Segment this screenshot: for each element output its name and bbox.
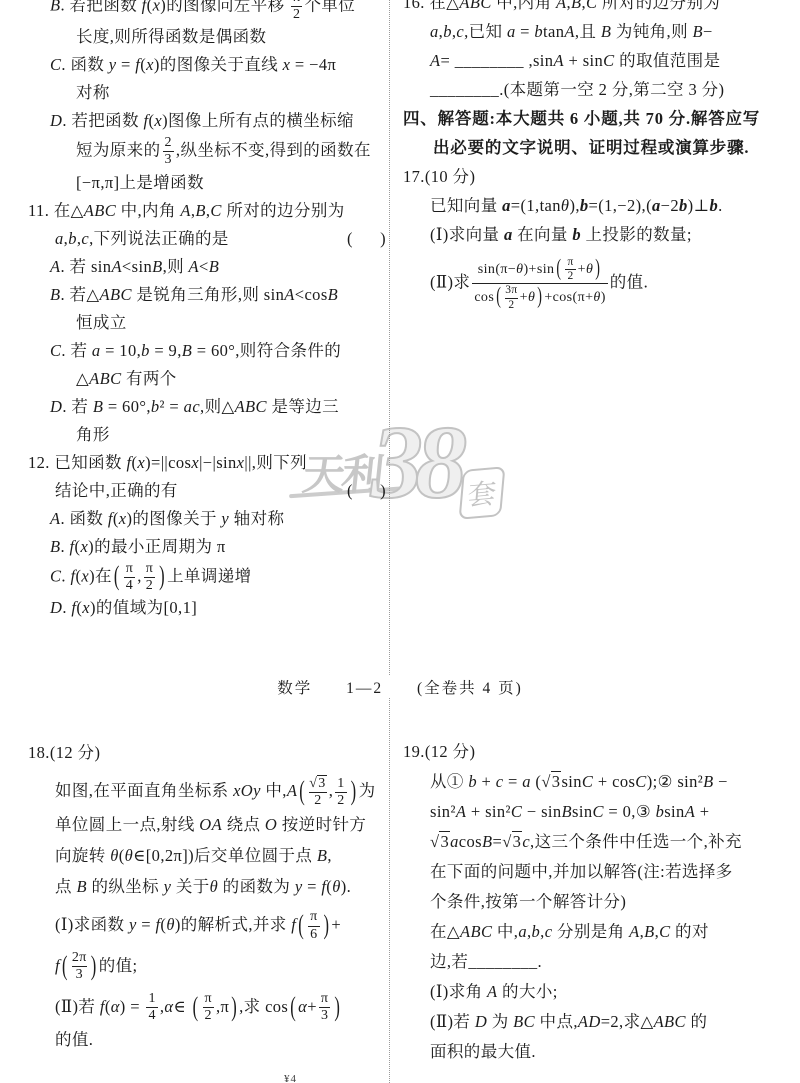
sqrt: √3 (541, 771, 561, 791)
numerator: sin(π−θ)+sin(π2+θ) (472, 256, 607, 283)
math-var: D (50, 598, 62, 617)
math-var: b (532, 922, 541, 941)
math-var: f (291, 915, 296, 934)
math-var: f (100, 997, 105, 1016)
vector-symbol: b (572, 225, 581, 244)
denominator: 2 (291, 6, 302, 23)
text-line: 短为原来的23,纵坐标不变,得到的函数在 (28, 135, 386, 168)
numerator: π (124, 561, 135, 577)
fraction: 23 (163, 135, 174, 168)
numerator: π (144, 561, 155, 577)
math-var: c (496, 772, 504, 791)
math-var: x (154, 111, 162, 130)
big-paren: ( (193, 980, 199, 1031)
math-var: f (155, 915, 160, 934)
column-left-bottom: 18.(12 分)如图,在平面直角坐标系 xOy 中,A(√32,12)为单位圆… (28, 737, 386, 1055)
math-var: θ (210, 877, 219, 896)
big-paren: ( (62, 940, 68, 991)
text-line: 已知向量 a=(1,tanθ),b=(1,−2),(a−2b)⊥b. (403, 191, 786, 220)
math-var: c (456, 22, 464, 41)
fraction: π3 (319, 991, 330, 1024)
fraction: 14 (146, 991, 157, 1024)
math-var: A (556, 0, 566, 12)
math-var: B (245, 397, 255, 416)
text-line: 18.(12 分) (28, 737, 386, 768)
math-var: B (182, 341, 192, 360)
math-var: C (481, 922, 492, 941)
math-var: f (126, 453, 131, 472)
math-var: b (68, 229, 77, 248)
page-footer: 数学 1—2 (全卷共 4 页) (0, 676, 800, 698)
math-var: y (129, 915, 137, 934)
math-var: b (151, 397, 160, 416)
text-line: [−π,π]上是增函数 (28, 169, 386, 197)
text-line: C. 若 a = 10,b = 9,B = 60°,则符合条件的 (28, 337, 386, 365)
text-line: C. 函数 y = f(x)的图像关于直线 x = −4π (28, 51, 386, 79)
big-paren: ( (290, 980, 296, 1031)
numerator: 3π (505, 284, 517, 297)
text-line: D. 若 B = 60°,b² = ac,则△ABC 是等边三 (28, 393, 386, 421)
math-var: B (644, 922, 654, 941)
math-var: C (586, 0, 597, 12)
math-var: a (55, 229, 64, 248)
math-var: θ (166, 915, 175, 934)
sqrt-arg: 3 (551, 771, 562, 791)
math-var: C (511, 802, 522, 821)
math-var: A (284, 285, 294, 304)
text-line: 单位圆上一点,射线 OA 绕点 O 按逆时针方 (28, 809, 386, 840)
denominator: 3 (163, 151, 174, 168)
math-var: B (513, 1012, 523, 1031)
denominator: 2 (144, 577, 155, 594)
denominator: 2 (335, 792, 346, 809)
math-var: b (580, 196, 589, 215)
math-var: a (92, 341, 101, 360)
big-paren: ) (351, 765, 357, 816)
math-var: B (209, 257, 219, 276)
text-line: 在△ABC 中,a,b,c 分别是角 A,B,C 的对 (403, 917, 786, 947)
denominator: 2 (505, 298, 517, 312)
numerator: 1 (146, 991, 157, 1007)
math-var: c (192, 397, 200, 416)
vector-symbol: a (504, 225, 513, 244)
text-line: 边,若________. (403, 947, 786, 977)
text-line: 四、解答题:本大题共 6 小题,共 70 分.解答应写 (403, 104, 786, 133)
sqrt-arg: 3 (439, 831, 450, 851)
math-var: f (108, 509, 113, 528)
math-var: x (80, 537, 88, 556)
text-line: C. f(x)在(π4,π2)上单调递增 (28, 561, 386, 594)
footer-pages-note: (全卷共 4 页) (417, 680, 523, 697)
fraction: π4 (124, 561, 135, 594)
math-var: B (703, 772, 713, 791)
text-line: 的值. (28, 1024, 386, 1055)
fraction: 2π3 (72, 950, 87, 983)
math-var: f (70, 566, 75, 585)
math-var: y (295, 877, 303, 896)
math-var: α (111, 997, 120, 1016)
math-var: C (256, 397, 267, 416)
math-var: b (534, 22, 543, 41)
math-var: x (237, 453, 245, 472)
math-var: D (50, 397, 62, 416)
math-var: θ (528, 290, 535, 305)
numerator: π (319, 991, 330, 1007)
line-text: 结论中,正确的有 (55, 477, 178, 505)
denominator: cos(3π2+θ)+cos(π+θ) (472, 283, 607, 311)
answer-brackets: ( ) (347, 477, 386, 505)
math-var: B (664, 1012, 674, 1031)
text-line: (Ⅱ)若 f(α) = 14,α∈ (π2,π),求 cos(α+π3) (28, 991, 386, 1025)
denominator: 2 (203, 1007, 214, 1024)
watermark-brand-right: 套 (459, 466, 506, 519)
text-line: 恒成立 (28, 309, 386, 337)
fraction: π2 (203, 991, 214, 1024)
text-line: B. 若△ABC 是锐角三角形,则 sinA<cosB (28, 281, 386, 309)
math-var: x (82, 598, 90, 617)
math-var: C (659, 922, 670, 941)
math-var: C (50, 55, 61, 74)
math-var: α (164, 997, 173, 1016)
math-var: A (84, 201, 94, 220)
numerator: π (308, 909, 319, 925)
math-var: a (430, 22, 439, 41)
math-var: B (693, 22, 703, 41)
math-var: x (81, 566, 89, 585)
math-var: b (141, 341, 150, 360)
vector-symbol: a (502, 196, 511, 215)
big-paren: ( (298, 899, 304, 950)
math-var: x (191, 453, 199, 472)
math-var: A (459, 0, 469, 12)
text-line: 结论中,正确的有( ) (28, 477, 386, 505)
math-var: C (50, 341, 61, 360)
text-line: f(2π3)的值; (28, 950, 386, 984)
math-var: θ (586, 262, 593, 277)
text-line: (Ⅱ)若 D 为 BC 中点,AD=2,求△ABC 的 (403, 1007, 786, 1037)
text-line: a,b,c,下列说法正确的是( ) (28, 225, 386, 253)
math-var: x (153, 0, 161, 14)
math-var: c (545, 922, 553, 941)
math-var: θ (516, 262, 523, 277)
big-paren: ( (496, 285, 501, 312)
big-paren: ) (231, 980, 237, 1031)
math-var: B (94, 201, 104, 220)
math-var: B (93, 397, 103, 416)
text-line: B. 若把函数 f(x)的图像向左平移 π2个单位 (28, 0, 386, 23)
math-var: C (603, 51, 614, 70)
text-line: △ABC 有两个 (28, 365, 386, 393)
math-var: B (470, 0, 480, 12)
math-var: b (679, 196, 688, 215)
math-var: A (111, 257, 121, 276)
math-var: c (81, 229, 89, 248)
math-var: A (50, 509, 60, 528)
vector-symbol: a (652, 196, 661, 215)
math-var: B (470, 922, 480, 941)
math-var: B (50, 285, 60, 304)
sqrt: √3 (502, 831, 522, 851)
math-var: C (593, 802, 604, 821)
math-var: O (265, 815, 277, 834)
vector-symbol: b (580, 196, 589, 215)
exam-page: 天利 38 套 B. 若把函数 f(x)的图像向左平移 π2个单位长度,则所得函… (0, 0, 800, 1083)
column-right-bottom: 19.(12 分)从① b + c = a (√3sinC + cosC);② … (403, 737, 786, 1067)
text-line: A. 若 sinA<sinB,则 A<B (28, 253, 386, 281)
text-line: 16. 在△ABC 中,内角 A,B,C 所对的边分别为 (403, 0, 786, 17)
text-line: 点 B 的纵坐标 y 关于θ 的函数为 y = f(θ). (28, 871, 386, 902)
vector-symbol: b (679, 196, 688, 215)
big-paren: ) (159, 553, 165, 599)
math-var: A (553, 51, 563, 70)
fraction: π6 (308, 909, 319, 942)
math-var: x (119, 509, 127, 528)
math-var: f (144, 111, 149, 130)
math-var: f (71, 598, 76, 617)
math-var: x (283, 55, 291, 74)
text-line: (Ⅰ)求函数 y = f(θ)的解析式,并求 f(π6)+ (28, 909, 386, 943)
big-paren: ) (91, 940, 97, 991)
text-line: 在下面的问题中,并加以解答(注:若选择多 (403, 857, 786, 887)
math-var: B (50, 0, 60, 14)
math-var: A (100, 285, 110, 304)
math-var: b (572, 225, 581, 244)
answer-brackets: ( ) (347, 225, 386, 253)
math-var: A (685, 802, 695, 821)
math-var: A (89, 369, 99, 388)
math-var: B (76, 877, 86, 896)
math-var: O (241, 781, 253, 800)
math-var: A (578, 1012, 588, 1031)
math-var: A (180, 201, 190, 220)
text-line: 11. 在△ABC 中,内角 A,B,C 所对的边分别为 (28, 197, 386, 225)
line-text: a,b,c,下列说法正确的是 (55, 225, 229, 253)
math-var: B (100, 369, 110, 388)
text-line: ________.(本题第一空 2 分,第二空 3 分) (403, 75, 786, 104)
math-var: f (321, 877, 326, 896)
big-paren: ( (299, 765, 305, 816)
text-line: (Ⅰ)求向量 a 在向量 b 上投影的数量; (403, 220, 786, 249)
footer-page-range: 1—2 (346, 680, 383, 697)
fraction: sin(π−θ)+sin(π2+θ)cos(3π2+θ)+cos(π+θ) (472, 256, 607, 312)
math-var: y (253, 781, 261, 800)
text-line: 17.(10 分) (403, 162, 786, 191)
math-var: θ (593, 290, 600, 305)
numerator: 2 (163, 135, 174, 151)
vector-symbol: b (709, 196, 718, 215)
big-paren: ) (595, 257, 600, 284)
math-var: θ (561, 196, 570, 215)
math-var: θ (332, 877, 341, 896)
denominator: 3 (72, 966, 87, 983)
math-var: x (137, 453, 145, 472)
math-var: f (142, 0, 147, 14)
text-line: A. 函数 f(x)的图像关于 y 轴对称 (28, 505, 386, 533)
math-var: B (50, 537, 60, 556)
numerator: 1 (335, 776, 346, 792)
math-var: B (195, 201, 205, 220)
bottom-edge-mark: ¥4 (284, 1073, 297, 1083)
math-var: θ (110, 846, 119, 865)
column-divider (389, 0, 390, 1083)
denominator: 4 (124, 577, 135, 594)
math-var: C (50, 566, 61, 585)
numerator: √3 (309, 776, 327, 792)
math-var: D (50, 111, 62, 130)
text-line: D. 若把函数 f(x)图像上所有点的横坐标缩 (28, 107, 386, 135)
math-var: C (110, 369, 121, 388)
math-var: O (199, 815, 211, 834)
math-var: C (582, 772, 593, 791)
text-line: 19.(12 分) (403, 737, 786, 767)
column-right-top: 16. 在△ABC 中,内角 A,B,C 所对的边分别为a,b,c,已知 a =… (403, 0, 786, 312)
math-var: A (460, 922, 470, 941)
math-var: a (502, 196, 511, 215)
denominator: 3 (319, 1007, 330, 1024)
sqrt: √3 (309, 775, 327, 791)
math-var: C (675, 1012, 686, 1031)
sqrt: √3 (430, 831, 450, 851)
math-var: B (482, 832, 492, 851)
math-var: b (443, 22, 452, 41)
math-var: A (430, 51, 440, 70)
math-var: C (524, 1012, 535, 1031)
math-var: α (298, 997, 307, 1016)
numerator: 2π (72, 950, 87, 966)
math-var: y (164, 877, 172, 896)
fraction: 3π2 (505, 284, 517, 311)
math-var: f (55, 956, 60, 975)
math-var: y (221, 509, 229, 528)
text-line: sin²A + sin²C − sinBsinC = 0,③ bsinA + (403, 797, 786, 827)
fraction: π2 (565, 256, 575, 283)
math-var: a (450, 832, 459, 851)
math-var: a (522, 772, 531, 791)
math-var: a (652, 196, 661, 215)
text-line: 对称 (28, 79, 386, 107)
footer-subject: 数学 (277, 680, 312, 697)
sqrt-arg: 3 (317, 775, 326, 791)
math-var: b (709, 196, 718, 215)
math-var: C (121, 285, 132, 304)
text-line: (Ⅱ)求sin(π−θ)+sin(π2+θ)cos(3π2+θ)+cos(π+θ… (403, 256, 786, 312)
fraction: π2 (144, 561, 155, 594)
math-var: B (601, 22, 611, 41)
text-line: 面积的最大值. (403, 1037, 786, 1067)
fraction: π2 (291, 0, 302, 23)
math-var: a (184, 397, 193, 416)
math-var: a (507, 22, 516, 41)
math-var: B (317, 846, 327, 865)
big-paren: ) (324, 899, 330, 950)
math-var: B (562, 802, 572, 821)
math-var: a (518, 922, 527, 941)
math-var: D (475, 1012, 487, 1031)
text-line: A= ________ ,sinA + sinC 的取值范围是 (403, 46, 786, 75)
math-var: C (210, 201, 221, 220)
math-var: A (629, 922, 639, 941)
fraction: √32 (309, 776, 327, 809)
math-var: C (480, 0, 491, 12)
text-line: 长度,则所得函数是偶函数 (28, 23, 386, 51)
math-var: A (654, 1012, 664, 1031)
text-line: √3acosB=√3c,这三个条件中任选一个,补充 (403, 827, 786, 857)
text-line: 角形 (28, 421, 386, 449)
math-var: x (233, 781, 241, 800)
text-line: 12. 已知函数 f(x)=||cosx|−|sinx||,则下列 (28, 449, 386, 477)
math-var: B (110, 285, 120, 304)
fraction: 12 (335, 776, 346, 809)
math-var: B (328, 285, 338, 304)
text-line: B. f(x)的最小正周期为 π (28, 533, 386, 561)
math-var: C (105, 201, 116, 220)
text-line: 从① b + c = a (√3sinC + cosC);② sin²B − (403, 767, 786, 797)
math-var: f (135, 55, 140, 74)
text-line: 向旋转 θ(θ∈[0,2π])后交单位圆于点 B, (28, 840, 386, 871)
math-var: A (456, 802, 466, 821)
denominator: 6 (308, 926, 319, 943)
text-line: a,b,c,已知 a = btanA,且 B 为钝角,则 B− (403, 17, 786, 46)
math-var: C (635, 772, 646, 791)
math-var: b (468, 772, 477, 791)
big-paren: ) (334, 980, 340, 1031)
denominator: 2 (565, 269, 575, 283)
denominator: 2 (309, 792, 327, 809)
big-paren: ( (114, 553, 120, 599)
sqrt-arg: 3 (512, 831, 523, 851)
math-var: A (287, 781, 297, 800)
big-paren: ( (556, 257, 561, 284)
math-var: D (588, 1012, 600, 1031)
big-paren: ) (537, 285, 542, 312)
math-var: b (656, 802, 665, 821)
numerator: π (203, 991, 214, 1007)
math-var: a (504, 225, 513, 244)
text-line: 个条件,按第一个解答计分) (403, 887, 786, 917)
math-var: c (522, 832, 530, 851)
math-var: A (564, 22, 574, 41)
column-left-top: B. 若把函数 f(x)的图像向左平移 π2个单位长度,则所得函数是偶函数C. … (28, 0, 386, 622)
math-var: x (146, 55, 154, 74)
math-var: B (571, 0, 581, 12)
text-line: D. f(x)的值域为[0,1] (28, 594, 386, 622)
math-var: B (152, 257, 162, 276)
math-var: A (212, 815, 222, 834)
math-var: A (487, 982, 497, 1001)
denominator: 4 (146, 1007, 157, 1024)
math-var: θ (125, 846, 134, 865)
math-var: A (50, 257, 60, 276)
math-var: A (235, 397, 245, 416)
math-var: y (109, 55, 117, 74)
text-line: 如图,在平面直角坐标系 xOy 中,A(√32,12)为 (28, 775, 386, 809)
math-var: f (70, 537, 75, 556)
math-var: A (189, 257, 199, 276)
text-line: (Ⅰ)求角 A 的大小; (403, 977, 786, 1007)
text-line: 出必要的文字说明、证明过程或演算步骤. (403, 133, 786, 162)
numerator: π (565, 256, 575, 269)
